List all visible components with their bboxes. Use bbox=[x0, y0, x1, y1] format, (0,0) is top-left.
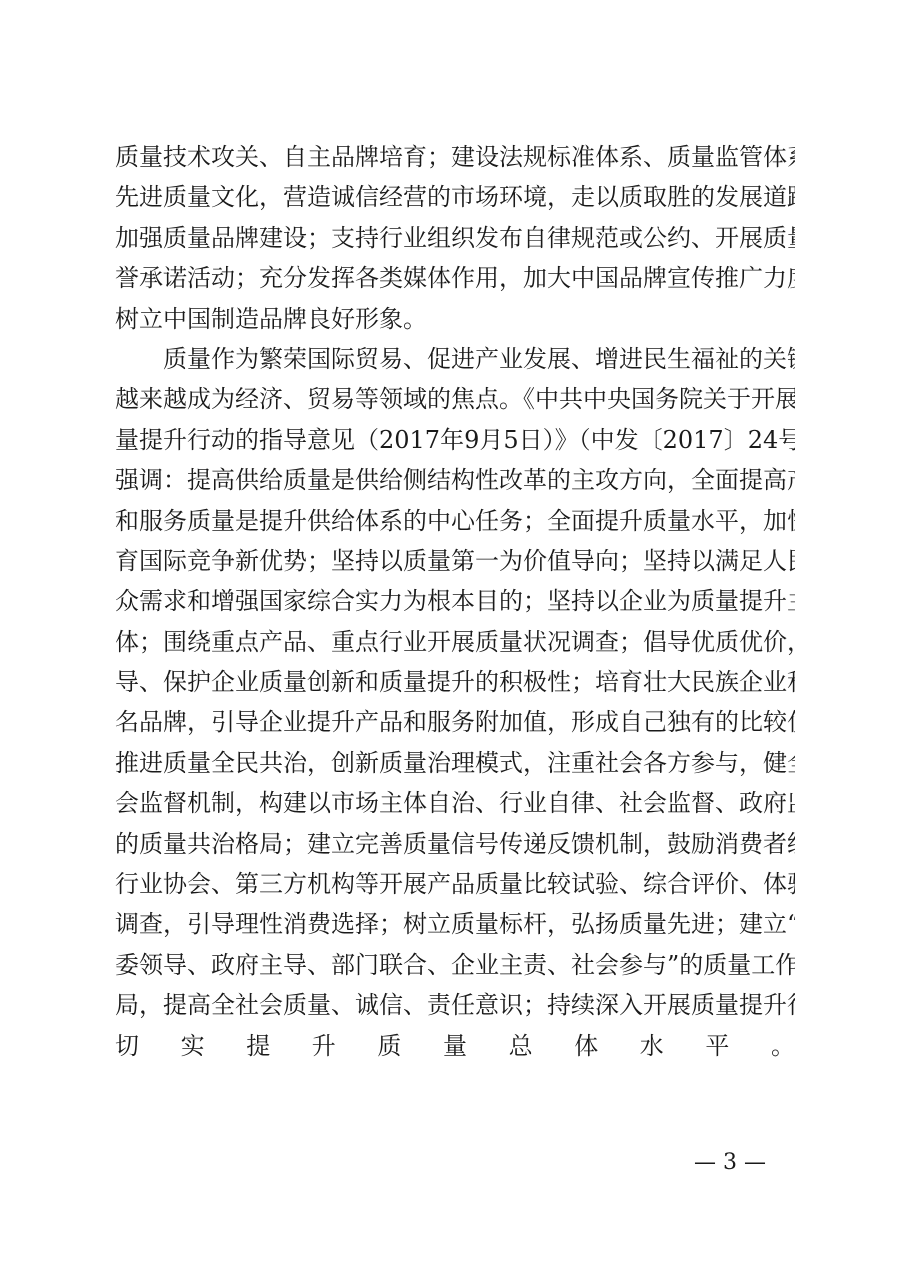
text-line: 量提升行动的指导意见（2017年9月5日）》（中发〔2017〕24号） bbox=[115, 420, 795, 460]
body-text: 质量技术攻关、自主品牌培育；建设法规标准体系、质量监管体系、 先进质量文化，营造… bbox=[115, 137, 795, 1106]
text-line: 局，提高全社会质量、诚信、责任意识；持续深入开展质量提升行动， bbox=[115, 985, 795, 1025]
text-line: 行业协会、第三方机构等开展产品质量比较试验、综合评价、体验式 bbox=[115, 864, 795, 904]
text-line: 名品牌，引导企业提升产品和服务附加值，形成自己独有的比较优势； bbox=[115, 702, 795, 742]
text-line: 切实提升质量总体水平。 bbox=[115, 1026, 795, 1066]
text-line: 强调：提高供给质量是供给侧结构性改革的主攻方向，全面提高产品 bbox=[115, 460, 795, 500]
text-line: 体；围绕重点产品、重点行业开展质量状况调查；倡导优质优价，引 bbox=[115, 622, 795, 662]
text-line: 和服务质量是提升供给体系的中心任务；全面提升质量水平，加快培 bbox=[115, 501, 795, 541]
text-line: 的质量共治格局；建立完善质量信号传递反馈机制，鼓励消费者组织、 bbox=[115, 824, 795, 864]
page-number: — 3 — bbox=[690, 1150, 770, 1175]
text-line: 越来越成为经济、贸易等领域的焦点。《中共中央国务院关于开展质 bbox=[115, 379, 795, 419]
text-line bbox=[115, 1066, 795, 1106]
text-line: 质量技术攻关、自主品牌培育；建设法规标准体系、质量监管体系、 bbox=[115, 137, 795, 177]
text-line: 誉承诺活动；充分发挥各类媒体作用，加大中国品牌宣传推广力度， bbox=[115, 258, 795, 298]
text-line: 推进质量全民共治，创新质量治理模式，注重社会各方参与，健全社 bbox=[115, 743, 795, 783]
text-line: 会监督机制，构建以市场主体自治、行业自律、社会监督、政府监管 bbox=[115, 783, 795, 823]
paragraph-first-line: 质量作为繁荣国际贸易、促进产业发展、增进民生福祉的关键要素， bbox=[115, 339, 795, 379]
text-line: 导、保护企业质量创新和质量提升的积极性；培育壮大民族企业和知 bbox=[115, 662, 795, 702]
text-line: 调查，引导理性消费选择；树立质量标杆，弘扬质量先进；建立“党 bbox=[115, 904, 795, 944]
text-line: 加强质量品牌建设；支持行业组织发布自律规范或公约、开展质量信 bbox=[115, 218, 795, 258]
text-line: 育国际竞争新优势；坚持以质量第一为价值导向；坚持以满足人民群 bbox=[115, 541, 795, 581]
text-line: 众需求和增强国家综合实力为根本目的；坚持以企业为质量提升主 bbox=[115, 581, 795, 621]
text-line: 先进质量文化，营造诚信经营的市场环境，走以质取胜的发展道路； bbox=[115, 177, 795, 217]
text-line: 树立中国制造品牌良好形象。 bbox=[115, 299, 795, 339]
text-line: 委领导、政府主导、部门联合、企业主责、社会参与”的质量工作格 bbox=[115, 945, 795, 985]
document-page: 质量技术攻关、自主品牌培育；建设法规标准体系、质量监管体系、 先进质量文化，营造… bbox=[0, 0, 900, 1273]
